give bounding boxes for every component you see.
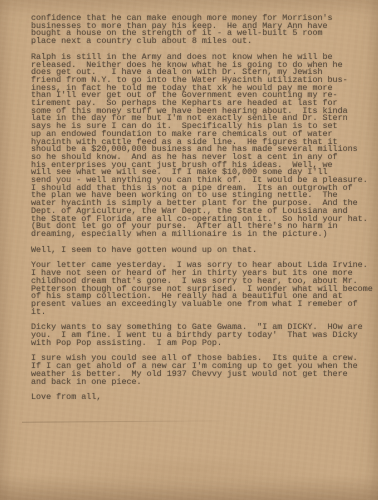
letter-line: dreaming, especially when a millionaire … — [31, 231, 371, 239]
letter-page: confidence that he can make enough more … — [0, 0, 378, 500]
paragraph: Well, I seem to have gotten wound up on … — [31, 247, 371, 255]
letter-line: with Pop Pop assisting. I am Pop Pop. — [31, 340, 371, 348]
letter-line: place next a country club about 8 miles … — [31, 38, 371, 46]
paper-smudge — [40, 455, 340, 485]
paragraph: I sure wish you could see all of those b… — [31, 355, 371, 386]
paper-crease — [22, 420, 237, 423]
paragraph: Ralph is still in the Army and does not … — [31, 54, 371, 239]
letter-line: it. — [31, 309, 371, 317]
paragraph: Your letter came yesterday. I was sorry … — [31, 262, 371, 316]
letter-line: Well, I seem to have gotten wound up on … — [31, 247, 371, 255]
paragraph: confidence that he can make enough more … — [31, 15, 371, 46]
letter-body: confidence that he can make enough more … — [31, 15, 371, 410]
letter-line: and back in one piece. — [31, 379, 371, 387]
letter-line: Love from all, — [31, 394, 371, 402]
letter-line: present values an exceedingly valuable o… — [31, 301, 371, 309]
paragraph: Dicky wants to say something to Gate Gwa… — [31, 324, 371, 347]
paragraph: Love from all, — [31, 394, 371, 402]
